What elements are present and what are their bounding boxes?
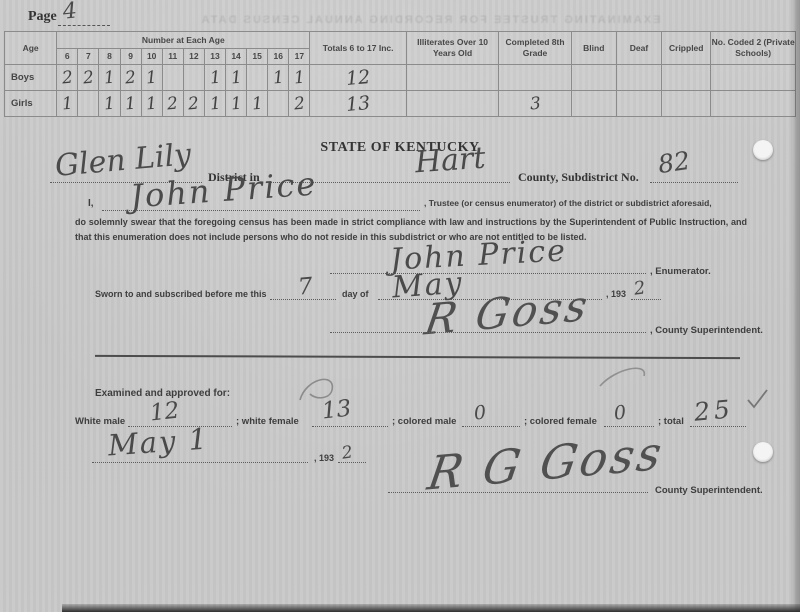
scan-edge-right <box>790 0 800 612</box>
girls-count: 1 <box>209 93 222 114</box>
col-age-header: Age <box>5 32 57 65</box>
girls-count: 2 <box>293 93 306 114</box>
page-number-handwritten: 4 <box>62 0 78 23</box>
col-completed-header: Completed 8th Grade <box>499 32 571 65</box>
subdistrict-number-handwritten: 82 <box>656 148 691 177</box>
colored-female-value-handwritten: 0 <box>613 403 627 423</box>
col-crippled-header: Crippled <box>662 32 711 65</box>
col-coded-header: No. Coded 2 (Private Schools) <box>711 32 796 65</box>
day-of-label: day of <box>342 289 369 299</box>
trustee-role-text: , Trustee (or census enumerator) of the … <box>424 198 754 208</box>
girls-count: 1 <box>251 93 264 114</box>
col-group-header: Number at Each Age <box>57 32 310 49</box>
enumerator-signature-line <box>330 273 646 274</box>
page-number-line <box>58 25 110 26</box>
girls-total: 13 <box>345 91 371 115</box>
girls-count: 1 <box>124 93 137 114</box>
white-male-value-handwritten: 12 <box>149 400 181 426</box>
colored-male-line <box>462 426 520 427</box>
superintendent-label: , County Superintendent. <box>650 325 763 336</box>
white-female-line <box>312 426 388 427</box>
colored-male-value-handwritten: 0 <box>473 403 487 423</box>
age-col: 10 <box>141 49 162 65</box>
punch-hole-bottom <box>753 442 773 462</box>
col-illiterates-header: Illiterates Over 10 Years Old <box>406 32 498 65</box>
county-subdistrict-label: County, Subdistrict No. <box>518 170 639 185</box>
col-deaf-header: Deaf <box>616 32 661 65</box>
boys-count: 1 <box>103 67 116 88</box>
approval-superintendent-label: County Superintendent. <box>655 485 763 496</box>
census-table: Age Number at Each Age Totals 6 to 17 In… <box>4 31 796 117</box>
colored-male-label: ; colored male <box>392 416 456 427</box>
girls-count: 2 <box>166 93 179 114</box>
girls-row: Girls 1 1 1 1 2 2 1 1 1 2 13 3 <box>5 91 796 117</box>
superintendent-signature-line <box>330 332 646 333</box>
age-col: 6 <box>57 49 78 65</box>
girls-row-label: Girls <box>5 91 57 117</box>
age-col: 17 <box>289 49 310 65</box>
boys-count: 1 <box>209 67 222 88</box>
sworn-year-prefix: , 193 <box>606 289 626 299</box>
age-col: 15 <box>247 49 268 65</box>
age-col: 9 <box>120 49 141 65</box>
approval-year-line <box>338 462 366 463</box>
sworn-day-handwritten: 7 <box>297 275 314 299</box>
white-female-label: ; white female <box>236 416 299 427</box>
age-col: 16 <box>268 49 289 65</box>
boys-count: 2 <box>61 67 74 88</box>
age-col: 13 <box>204 49 225 65</box>
i-label: I, <box>88 198 94 209</box>
approval-signature-line <box>388 492 648 493</box>
girls-completed-8th: 3 <box>529 93 542 114</box>
girls-count: 1 <box>61 93 74 114</box>
approval-year-prefix: , 193 <box>314 453 334 463</box>
sworn-prefix: Sworn to and subscribed before me this <box>95 289 267 299</box>
sworn-year-digit-handwritten: 2 <box>633 279 647 298</box>
white-female-value-handwritten: 13 <box>321 398 353 424</box>
approval-date-handwritten: May 1 <box>107 425 210 461</box>
boys-count: 1 <box>230 67 243 88</box>
girls-count: 1 <box>145 93 158 114</box>
page-label: Page <box>28 9 57 25</box>
approval-date-line <box>92 462 308 463</box>
boys-count: 1 <box>145 67 158 88</box>
total-value-handwritten: 25 <box>693 396 735 424</box>
col-totals-header: Totals 6 to 17 Inc. <box>310 32 406 65</box>
col-blind-header: Blind <box>571 32 616 65</box>
boys-total: 12 <box>345 65 371 89</box>
punch-hole-top <box>753 140 773 160</box>
boys-count: 2 <box>82 67 95 88</box>
age-col: 12 <box>183 49 204 65</box>
boys-row-label: Boys <box>5 65 57 91</box>
boys-count: 1 <box>293 67 306 88</box>
girls-count: 1 <box>103 93 116 114</box>
scan-edge-bottom <box>62 604 800 612</box>
bleed-through-text: EXAMINATING TRUSTEE FOR RECORDING ANNUAL… <box>160 14 700 26</box>
white-male-label: White male <box>75 416 125 427</box>
boys-row: Boys 2 2 1 2 1 1 1 1 1 12 <box>5 65 796 91</box>
boys-count: 1 <box>272 67 285 88</box>
scanned-census-page: EXAMINATING TRUSTEE FOR RECORDING ANNUAL… <box>0 0 800 612</box>
age-col: 8 <box>99 49 120 65</box>
age-col: 11 <box>162 49 183 65</box>
approval-year-digit-handwritten: 2 <box>341 444 354 462</box>
sworn-year-line <box>631 299 661 300</box>
age-col: 14 <box>226 49 247 65</box>
county-name-handwritten: Hart <box>414 144 486 179</box>
approval-signature-handwritten: R G Goss <box>425 429 668 496</box>
enumerator-label: , Enumerator. <box>650 266 711 277</box>
examined-approved-label: Examined and approved for: <box>95 388 230 399</box>
colored-female-label: ; colored female <box>524 416 597 427</box>
age-col: 7 <box>78 49 99 65</box>
subdistrict-line <box>650 182 738 183</box>
girls-count: 2 <box>188 93 201 114</box>
section-divider <box>95 355 740 359</box>
boys-count: 2 <box>124 67 137 88</box>
total-line <box>690 426 746 427</box>
girls-count: 1 <box>230 93 243 114</box>
